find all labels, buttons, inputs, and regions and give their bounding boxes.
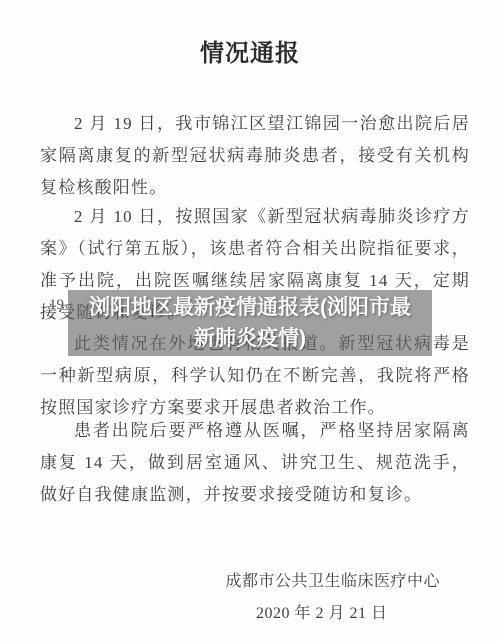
issue-date: 2020 年 2 月 21 日 — [256, 604, 388, 624]
paragraph-1: 2 月 19 日，我市锦江区望江锦园一治愈出院后居家隔离康复的新型冠状病毒肺炎患… — [40, 108, 470, 204]
watermark-caption-line-1: 浏阳地区最新疫情通报表(浏阳市最 — [89, 292, 411, 323]
document-title: 情况通报 — [0, 40, 500, 68]
obscured-line-fragment: 19 — [49, 297, 64, 314]
notice-document: 情况通报 2 月 19 日，我市锦江区望江锦园一治愈出院后居家隔离康复的新型冠状… — [0, 0, 500, 642]
watermark-caption-line-2: 新肺炎疫情) — [194, 323, 306, 354]
watermark-caption-banner: 浏阳地区最新疫情通报表(浏阳市最 新肺炎疫情) — [68, 290, 432, 356]
issuer-name: 成都市公共卫生临床医疗中心 — [225, 572, 440, 592]
paragraph-4: 患者出院后要严格遵从医嘱，严格坚持居家隔离康复 14 天，做到居室通风、讲究卫生… — [40, 415, 470, 511]
